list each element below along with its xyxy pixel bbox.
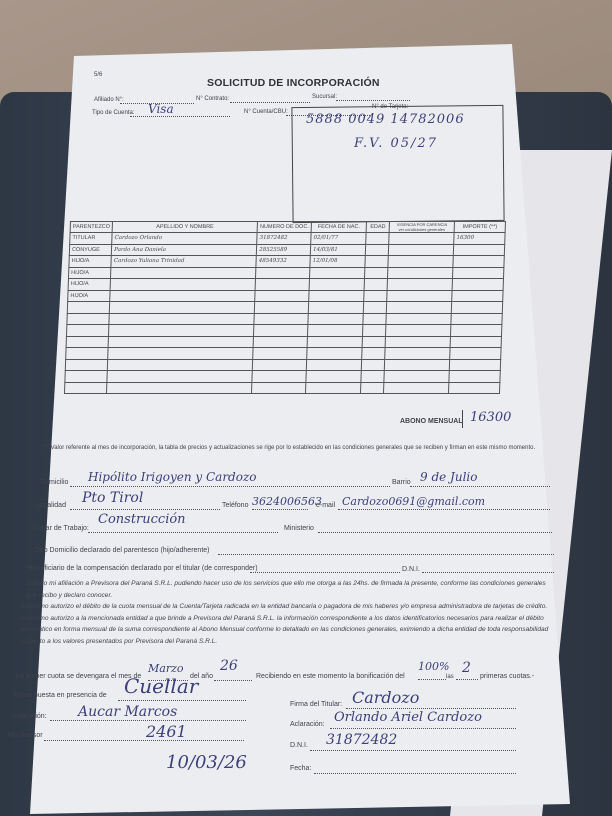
cell-parentesco	[67, 302, 110, 314]
cell-nombre[interactable]: Cardozo Orlando	[112, 233, 257, 245]
cell-doc[interactable]	[252, 371, 306, 383]
bonificacion-text: Recibiendo en este momento la bonificaci…	[256, 673, 405, 680]
presencia-signature: Cuellar	[124, 674, 198, 698]
cell-vigencia[interactable]	[387, 279, 452, 291]
table-row	[66, 348, 501, 360]
cell-nombre[interactable]	[108, 336, 253, 348]
cell-importe[interactable]	[450, 336, 501, 348]
table-row	[67, 313, 502, 325]
table-row	[65, 359, 500, 371]
table-row: HIJO/A	[68, 290, 503, 302]
cell-importe[interactable]	[449, 382, 500, 394]
cell-importe[interactable]	[452, 290, 503, 302]
cell-parentesco: HIJO/A	[68, 290, 111, 302]
barrio-value: 9 de Julio	[420, 470, 478, 484]
cell-importe[interactable]	[453, 256, 504, 268]
cuotas-count-field[interactable]	[456, 679, 478, 680]
localidad-field[interactable]	[70, 509, 220, 510]
cell-edad[interactable]	[361, 359, 384, 371]
domicilio-field[interactable]	[70, 486, 390, 487]
cell-parentesco	[66, 336, 109, 348]
titular-dni-value: 31872482	[326, 732, 397, 748]
cell-vigencia[interactable]	[389, 233, 454, 245]
cuenta-cbu-label: N° Cuenta/CBU:	[244, 109, 288, 115]
cell-fecha[interactable]	[310, 267, 365, 279]
col-importe: IMPORTE (**)	[454, 222, 505, 233]
cell-doc[interactable]	[252, 382, 306, 394]
cell-parentesco: CONYUGE	[69, 244, 112, 256]
localidad-label: Localidad	[36, 502, 66, 509]
cell-edad[interactable]	[363, 313, 386, 325]
table-row	[66, 336, 501, 348]
cell-parentesco	[65, 371, 108, 383]
table-row	[64, 382, 499, 394]
cell-vigencia[interactable]	[386, 302, 451, 314]
bonificacion-field[interactable]	[418, 679, 446, 680]
col-parentesco: PARENTEZCO	[70, 222, 113, 233]
cell-nombre[interactable]	[109, 325, 254, 337]
cell-fecha[interactable]	[308, 302, 363, 314]
cell-fecha[interactable]	[308, 325, 363, 337]
cell-doc[interactable]	[253, 348, 307, 360]
cell-nombre[interactable]	[107, 382, 252, 394]
titular-dni-label: D.N.I.	[290, 742, 308, 749]
localidad-value: Pto Tirol	[82, 490, 143, 506]
aclaracion-value: Aucar Marcos	[78, 704, 177, 720]
bonificacion-value: 100%	[418, 660, 449, 673]
cell-edad[interactable]	[361, 382, 384, 394]
cell-edad[interactable]	[361, 371, 384, 383]
domicilio-value: Hipólito Irigoyen y Cardozo	[88, 470, 257, 484]
cell-doc[interactable]	[255, 279, 309, 291]
cell-nombre[interactable]	[109, 302, 254, 314]
trabajo-label: Lugar de Trabajo:	[34, 525, 89, 532]
table-row: HIJO/A	[68, 267, 503, 279]
legal-debit-paragraph: Asimismo autorizo el débito de la cuota …	[20, 601, 558, 647]
cell-importe[interactable]	[450, 348, 501, 360]
presencia-label: Firma puesta en presencia de	[14, 692, 107, 699]
aclaracion-label: Aclaración:	[12, 713, 47, 720]
corner-code: 5/6	[94, 72, 102, 78]
cell-fecha[interactable]	[307, 336, 362, 348]
domicilio-label: Domicilio	[40, 479, 68, 486]
cell-edad[interactable]	[362, 348, 385, 360]
cell-edad[interactable]	[363, 302, 386, 314]
cell-doc[interactable]	[255, 290, 309, 302]
cell-nombre[interactable]	[109, 313, 254, 325]
telefono-label: Teléfono	[222, 502, 248, 509]
cell-importe[interactable]	[449, 371, 500, 383]
cell-importe[interactable]	[451, 302, 502, 314]
titular-signature: Cardozo	[352, 688, 419, 707]
cell-vigencia[interactable]	[388, 244, 453, 256]
legal-affiliation-paragraph: Solicito mi afiliación a Previsora del P…	[26, 578, 556, 601]
beneficiario-dni-field[interactable]	[422, 572, 554, 573]
cell-nombre[interactable]	[107, 371, 252, 383]
cell-fecha[interactable]	[306, 371, 361, 383]
col-fecha: FECHA DE NAC.	[311, 222, 366, 233]
table-header-row: PARENTEZCO APELLIDO Y NOMBRE NUMERO DE D…	[70, 222, 505, 233]
cell-fecha[interactable]	[308, 313, 363, 325]
cell-doc[interactable]: 28525589	[256, 244, 310, 256]
cell-doc[interactable]	[254, 325, 308, 337]
cell-parentesco	[66, 348, 109, 360]
beneficiario-dni-label: D.N.I.	[402, 566, 420, 573]
cell-fecha[interactable]	[306, 382, 361, 394]
titular-signature-label: Firma del Titular:	[290, 701, 342, 708]
trabajo-field[interactable]	[88, 532, 278, 533]
cell-vigencia[interactable]	[387, 290, 452, 302]
cell-edad[interactable]	[362, 336, 385, 348]
cell-doc[interactable]: 31872482	[257, 233, 311, 245]
col-vigencia: VIGENCIA POR CARENCIAver condiciones gen…	[389, 222, 454, 233]
contrato-field[interactable]	[230, 102, 310, 103]
titular-aclaracion-label: Aclaración:	[290, 721, 325, 728]
cell-nombre[interactable]	[108, 348, 253, 360]
beneficiario-field[interactable]	[250, 572, 400, 573]
cell-fecha[interactable]	[307, 348, 362, 360]
titular-dni-field[interactable]	[310, 750, 516, 751]
form-title: SOLICITUD DE INCORPORACIÓN	[207, 77, 380, 89]
cuota-ano-field[interactable]	[214, 680, 252, 681]
abono-label: ABONO MENSUAL	[400, 418, 463, 425]
cuota-ano-value: 26	[220, 658, 238, 674]
cell-vigencia[interactable]	[385, 336, 450, 348]
cell-parentesco	[65, 359, 108, 371]
cell-fecha[interactable]: 12/01/08	[310, 256, 365, 268]
titular-aclaracion-value: Orlando Ariel Cardozo	[334, 710, 482, 725]
cell-importe[interactable]	[451, 313, 502, 325]
cell-doc[interactable]	[253, 336, 307, 348]
bonificacion-las: las	[446, 674, 454, 680]
cell-edad[interactable]	[364, 279, 387, 291]
footnote: (**)Valor referente al mes de incorporac…	[42, 443, 552, 453]
cell-doc[interactable]: 48549332	[256, 256, 310, 268]
beneficiario-label: Beneficiario de la compensación declarad…	[28, 565, 258, 572]
otro-domicilio-label: Otro Domicilio declarado del parentesco …	[34, 547, 209, 554]
tipo-cuenta-field[interactable]	[130, 116, 230, 117]
cell-doc[interactable]	[256, 267, 310, 279]
trabajo-value: Construcción	[98, 512, 186, 527]
cell-importe[interactable]	[451, 325, 502, 337]
tipo-cuenta-label: Tipo de Cuenta:	[92, 110, 134, 116]
asesor-value: 2461	[146, 722, 187, 741]
cell-edad[interactable]	[365, 256, 388, 268]
col-nombre: APELLIDO Y NOMBRE	[112, 222, 257, 233]
titular-signature-field[interactable]	[346, 708, 516, 709]
family-table: PARENTEZCO APELLIDO Y NOMBRE NUMERO DE D…	[64, 221, 506, 394]
table-row	[65, 371, 500, 383]
cell-parentesco	[66, 325, 109, 337]
sucursal-label: Sucursal:	[312, 94, 337, 100]
col-edad: EDAD	[366, 222, 389, 233]
email-field[interactable]	[338, 509, 550, 510]
contrato-label: N° Contrato:	[196, 96, 229, 102]
cell-importe[interactable]	[449, 359, 500, 371]
cell-edad[interactable]	[365, 267, 388, 279]
table-row	[67, 302, 502, 314]
cuota-prefix: La primer cuota se devengara el mes de	[16, 673, 141, 680]
cuotas-count-value: 2	[462, 660, 471, 676]
cell-vigencia[interactable]	[388, 256, 453, 268]
cell-fecha[interactable]	[309, 279, 364, 291]
vigencia-subheader: ver condiciones generales	[398, 227, 445, 232]
titular-aclaracion-field[interactable]	[330, 728, 516, 729]
cell-fecha[interactable]: 14/03/81	[310, 244, 365, 256]
cell-vigencia[interactable]	[386, 313, 451, 325]
ministerio-label: Ministerio	[284, 525, 314, 532]
sucursal-field[interactable]	[336, 100, 410, 101]
cuota-suffix: primeras cuotas.-	[480, 673, 534, 680]
telefono-field[interactable]	[252, 509, 308, 510]
aclaracion-field[interactable]	[50, 720, 246, 721]
cell-edad[interactable]	[366, 233, 389, 245]
telefono-value: 3624006563	[252, 495, 322, 508]
ministerio-field[interactable]	[318, 532, 552, 533]
cell-nombre[interactable]	[107, 359, 252, 371]
table-row: CONYUGEPardo Ana Daniela2852558914/03/81	[69, 244, 504, 256]
col-doc: NUMERO DE DOC.	[257, 222, 311, 233]
email-value: Cardozo0691@gmail.com	[342, 495, 485, 508]
cell-edad[interactable]	[363, 325, 386, 337]
cell-fecha[interactable]: 02/01/77	[311, 233, 366, 245]
cell-fecha[interactable]	[309, 290, 364, 302]
cell-importe[interactable]	[452, 279, 503, 291]
cell-importe[interactable]: 16300	[454, 233, 505, 245]
cell-nombre[interactable]	[111, 267, 256, 279]
cell-vigencia[interactable]	[386, 325, 451, 337]
asesor-field[interactable]	[44, 740, 244, 741]
tarjeta-expiry: F.V. 05/27	[354, 136, 438, 151]
barrio-label: Barrio	[392, 479, 411, 486]
cell-fecha[interactable]	[306, 359, 361, 371]
cell-vigencia[interactable]	[384, 382, 449, 394]
cell-nombre[interactable]	[110, 290, 255, 302]
cell-parentesco: HIJO/A	[69, 256, 112, 268]
cell-vigencia[interactable]	[384, 371, 449, 383]
table-row	[66, 325, 501, 337]
cell-edad[interactable]	[365, 244, 388, 256]
handwritten-date: 10/03/26	[166, 752, 247, 773]
presencia-signature-field[interactable]	[118, 700, 246, 701]
tarjeta-number: 5888 0049 14782006	[306, 112, 465, 127]
cell-parentesco: TITULAR	[70, 233, 113, 245]
cell-importe[interactable]	[453, 244, 504, 256]
form-page: 5/6 SOLICITUD DE INCORPORACIÓN Afiliado …	[0, 0, 612, 816]
cell-doc[interactable]	[254, 313, 308, 325]
cell-nombre[interactable]: Cardozo Yuliana Trinidad	[111, 256, 256, 268]
abono-value: 16300	[470, 410, 511, 425]
cell-doc[interactable]	[252, 359, 306, 371]
table-row: HIJO/A	[68, 279, 503, 291]
cell-importe[interactable]	[453, 267, 504, 279]
tipo-cuenta-value: Visa	[148, 102, 174, 116]
cell-parentesco	[67, 313, 110, 325]
barrio-field[interactable]	[410, 486, 550, 487]
email-label: e-mail	[316, 502, 335, 509]
cell-parentesco: HIJO/A	[68, 267, 111, 279]
cell-parentesco: HIJO/A	[68, 279, 111, 291]
cell-nombre[interactable]: Pardo Ana Daniela	[111, 244, 256, 256]
cell-parentesco	[64, 382, 107, 394]
asesor-label: Nro Asesor	[8, 732, 43, 739]
table-row: TITULARCardozo Orlando3187248202/01/7716…	[70, 233, 505, 245]
cell-edad[interactable]	[364, 290, 387, 302]
cell-nombre[interactable]	[110, 279, 255, 291]
cell-doc[interactable]	[254, 302, 308, 314]
cell-vigencia[interactable]	[388, 267, 453, 279]
otro-domicilio-field[interactable]	[218, 554, 554, 555]
cell-vigencia[interactable]	[384, 359, 449, 371]
fecha-field[interactable]	[314, 773, 516, 774]
table-row: HIJO/ACardozo Yuliana Trinidad4854933212…	[69, 256, 504, 268]
fecha-label: Fecha:	[290, 765, 311, 772]
cell-vigencia[interactable]	[385, 348, 450, 360]
